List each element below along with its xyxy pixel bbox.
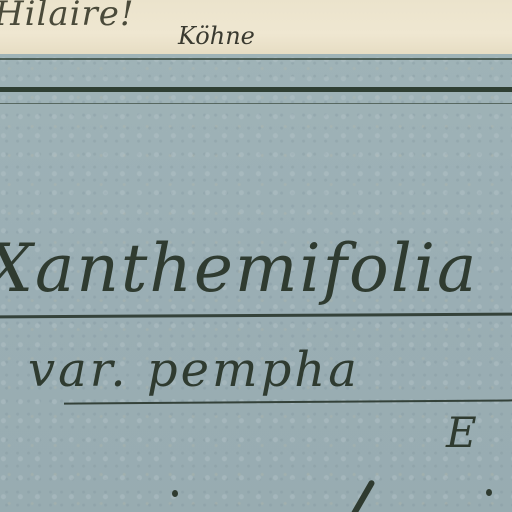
ink-dot <box>486 489 492 496</box>
top-paper-sheet: Hilaire! Köhne <box>0 0 512 56</box>
handwriting-corner-fragment: E <box>446 408 477 457</box>
label-rule-thin-bottom <box>0 103 512 104</box>
handwriting-hilaire: Hilaire! <box>0 0 135 34</box>
handwriting-taxon-name: Xanthemifolia <box>0 230 478 307</box>
handwriting-variety: var. pempha <box>28 342 360 398</box>
label-rule-thick <box>0 87 512 92</box>
label-rule-thin-top <box>0 58 512 60</box>
ink-dot <box>172 490 178 497</box>
handwriting-kohne: Köhne <box>178 22 255 50</box>
